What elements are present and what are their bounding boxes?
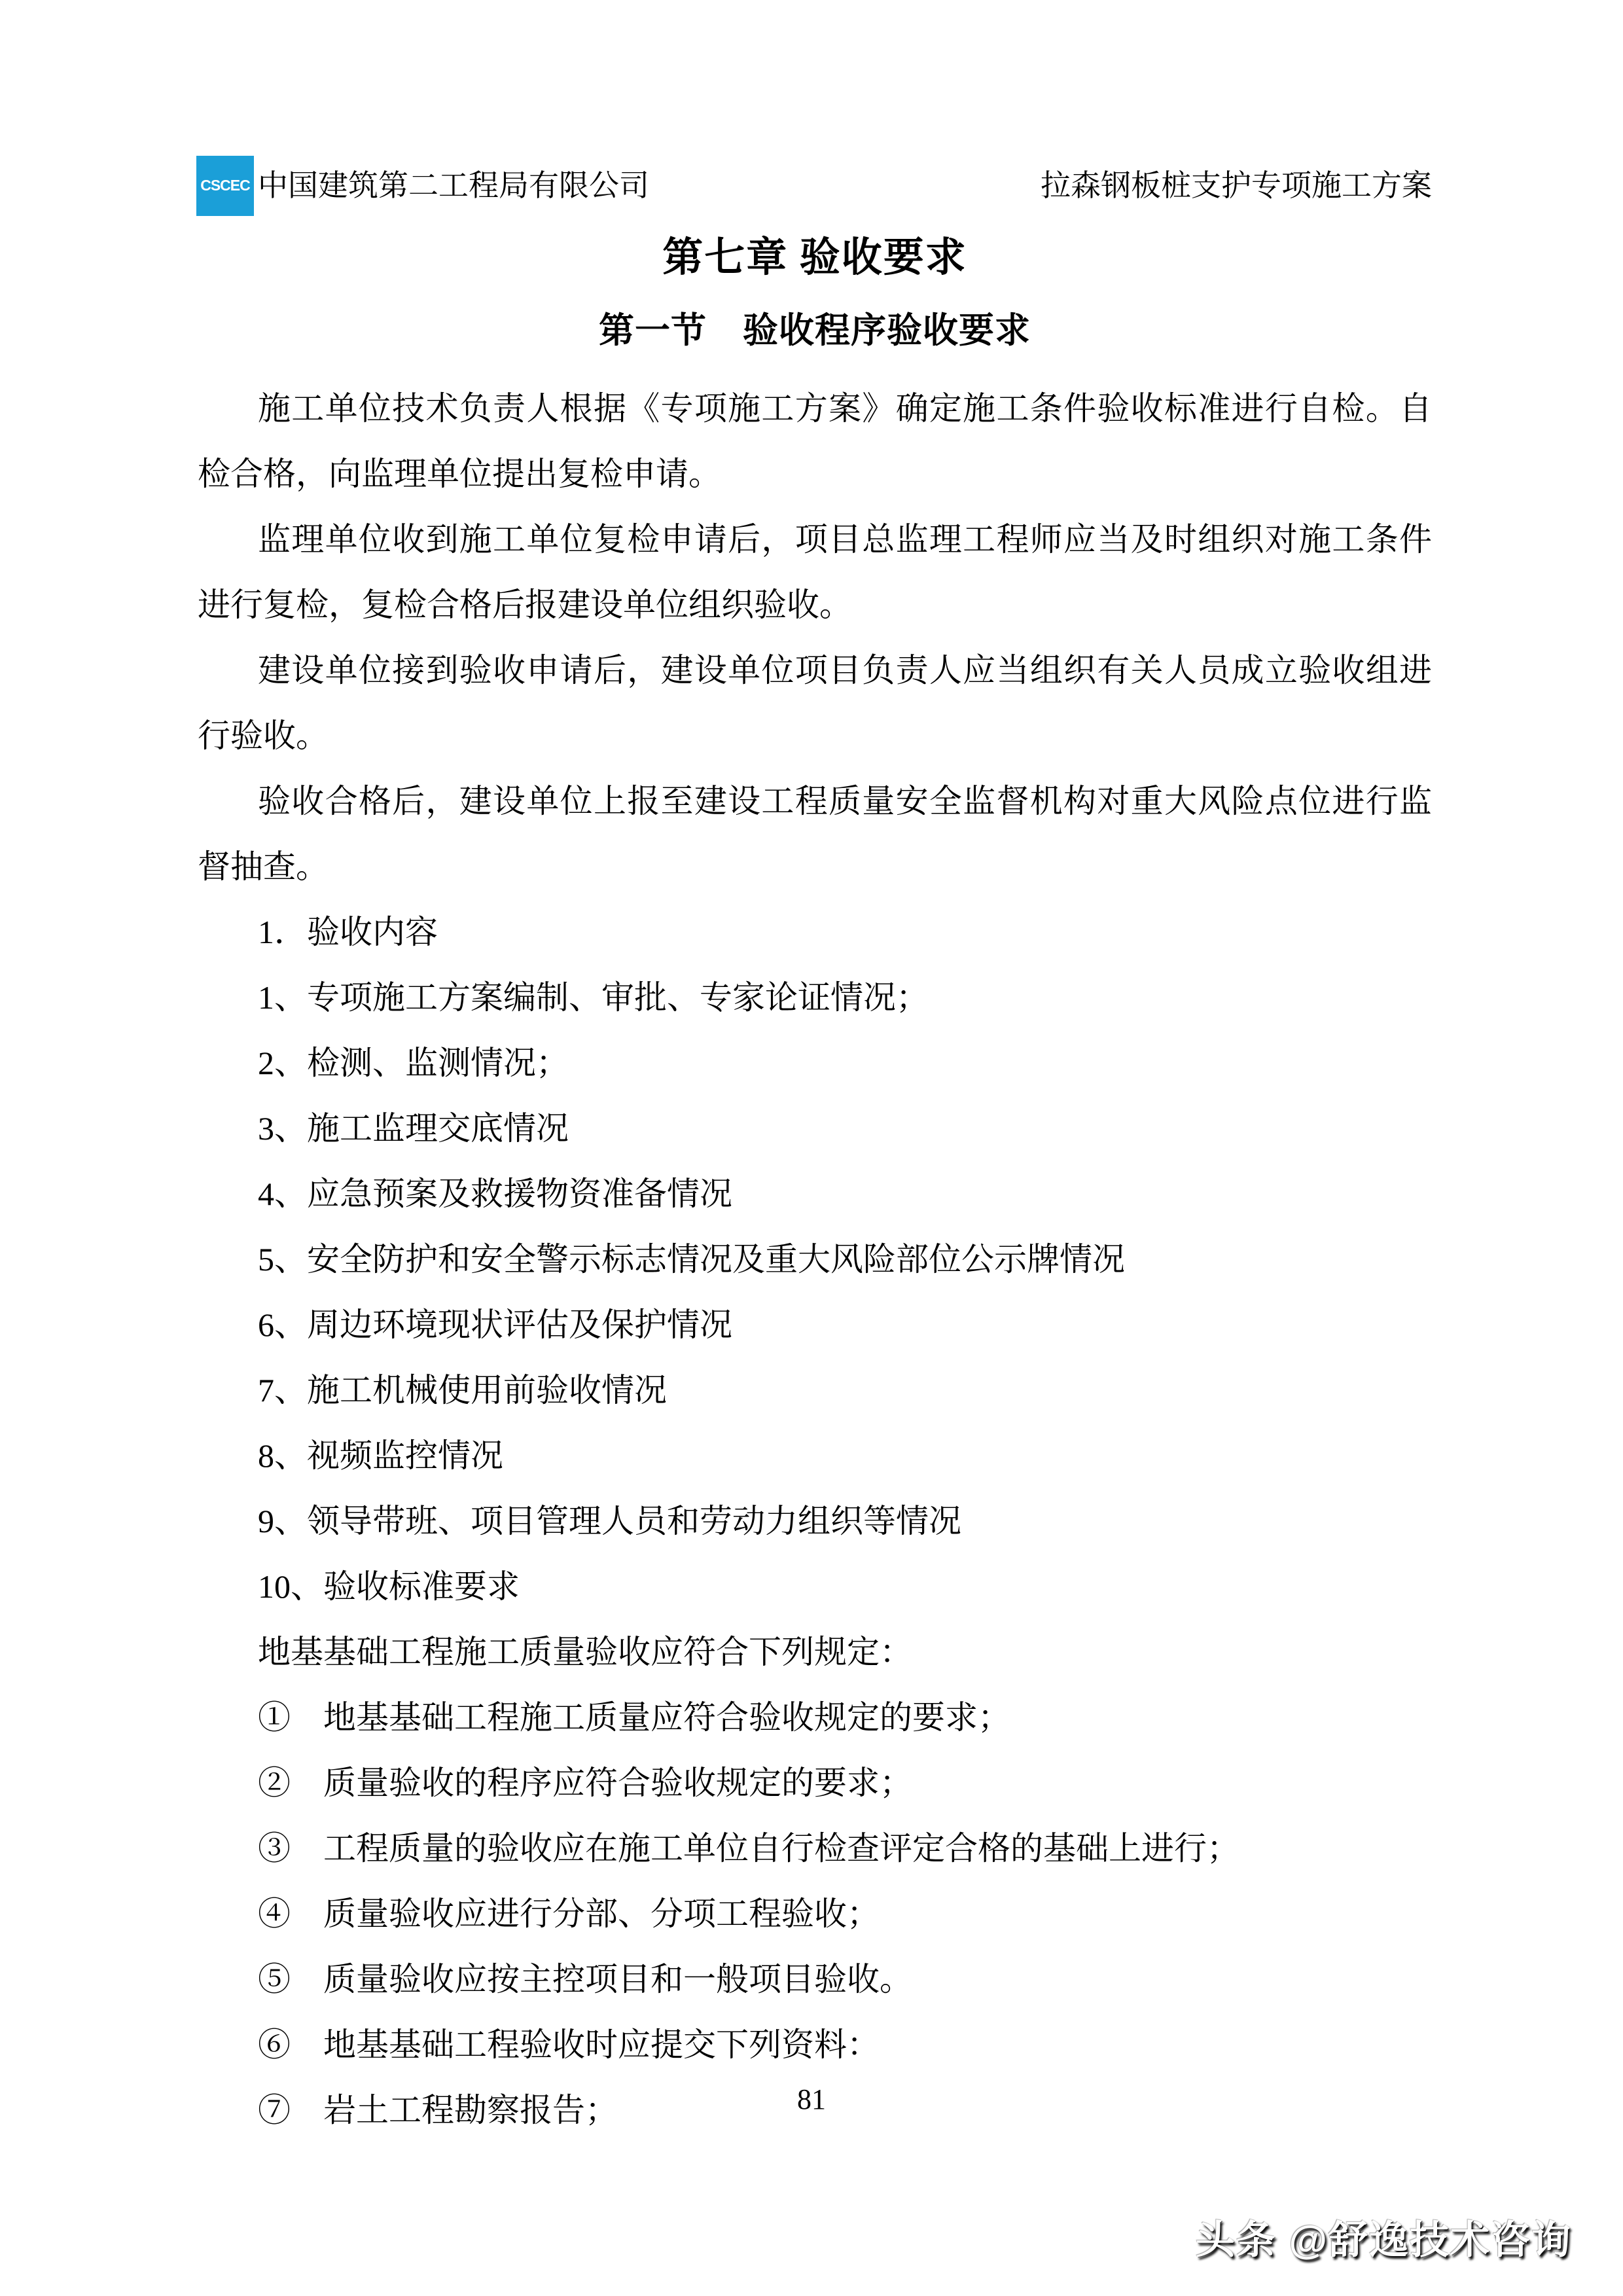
list-item: 8、视频监控情况 xyxy=(198,1423,1432,1488)
page-footer: 81 xyxy=(0,2080,1623,2119)
list-item: 4、应急预案及救援物资准备情况 xyxy=(198,1161,1432,1227)
doc-title: 拉森钢板桩支护专项施工方案 xyxy=(1041,168,1432,204)
chapter-title: 第七章 验收要求 xyxy=(198,228,1432,288)
list-item-circled: ① 地基基础工程施工质量应符合验收规定的要求； xyxy=(198,1685,1432,1750)
paragraph: 施工单位技术负责人根据《专项施工方案》确定施工条件验收标准进行自检。自检合格，向… xyxy=(198,376,1432,507)
list-item: 1．验收内容 xyxy=(198,899,1432,965)
list-item-circled: ③ 工程质量的验收应在施工单位自行检查评定合格的基础上进行； xyxy=(198,1816,1432,1881)
list-item: 6、周边环境现状评估及保护情况 xyxy=(198,1292,1432,1357)
list-item: 3、施工监理交底情况 xyxy=(198,1096,1432,1161)
list-item: 9、领导带班、项目管理人员和劳动力组织等情况 xyxy=(198,1488,1432,1554)
list-item: 10、验收标准要求 xyxy=(198,1554,1432,1619)
list-item: 1、专项施工方案编制、审批、专家论证情况； xyxy=(198,965,1432,1030)
list-item: 2、检测、监测情况； xyxy=(198,1030,1432,1096)
page-number: 81 xyxy=(797,2083,826,2115)
list-item: 7、施工机械使用前验收情况 xyxy=(198,1357,1432,1423)
page-header: CSCEC 中国建筑第二工程局有限公司 拉森钢板桩支护专项施工方案 xyxy=(196,156,1432,216)
list-item: 5、安全防护和安全警示标志情况及重大风险部位公示牌情况 xyxy=(198,1227,1432,1292)
list-item-circled: ④ 质量验收应进行分部、分项工程验收； xyxy=(198,1881,1432,1946)
company-name: 中国建筑第二工程局有限公司 xyxy=(258,168,649,204)
company-block: CSCEC 中国建筑第二工程局有限公司 xyxy=(196,156,649,216)
watermark: 头条 @舒逸技术咨询 xyxy=(1196,2217,1572,2263)
list-item-circled: ⑥ 地基基础工程验收时应提交下列资料： xyxy=(198,2012,1432,2077)
document-page: CSCEC 中国建筑第二工程局有限公司 拉森钢板桩支护专项施工方案 第七章 验收… xyxy=(0,0,1623,2296)
paragraph: 验收合格后，建设单位上报至建设工程质量安全监督机构对重大风险点位进行监督抽查。 xyxy=(198,768,1432,899)
cscec-logo-icon: CSCEC xyxy=(196,156,254,216)
list-item: 地基基础工程施工质量验收应符合下列规定： xyxy=(198,1619,1432,1685)
paragraph: 监理单位收到施工单位复检申请后，项目总监理工程师应当及时组织对施工条件进行复检，… xyxy=(198,507,1432,637)
list-item-circled: ② 质量验收的程序应符合验收规定的要求； xyxy=(198,1750,1432,1816)
paragraph: 建设单位接到验收申请后，建设单位项目负责人应当组织有关人员成立验收组进行验收。 xyxy=(198,637,1432,768)
list-item-circled: ⑤ 质量验收应按主控项目和一般项目验收。 xyxy=(198,1946,1432,2012)
section-title: 第一节 验收程序验收要求 xyxy=(198,304,1432,357)
document-body: 第七章 验收要求 第一节 验收程序验收要求 施工单位技术负责人根据《专项施工方案… xyxy=(198,228,1432,2143)
